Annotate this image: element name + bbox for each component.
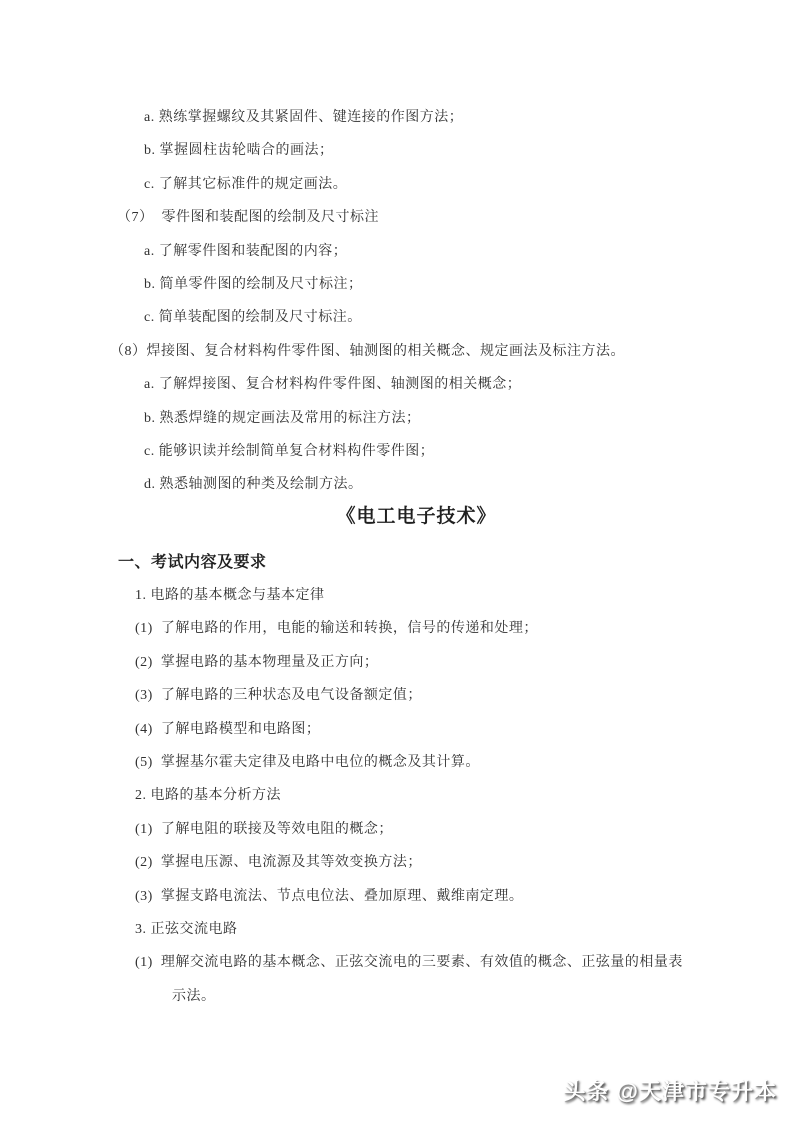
document-line: c. 简单装配图的绘制及尺寸标注。 bbox=[0, 301, 793, 334]
document-line: (5) 掌握基尔霍夫定律及电路中电位的概念及其计算。 bbox=[0, 746, 793, 779]
document-line: 1. 电路的基本概念与基本定律 bbox=[0, 579, 793, 612]
document-line: （8）焊接图、复合材料构件零件图、轴测图的相关概念、规定画法及标注方法。 bbox=[0, 335, 793, 368]
document-line: b. 掌握圆柱齿轮啮合的画法； bbox=[0, 134, 793, 167]
document-line: (4) 了解电路模型和电路图； bbox=[0, 713, 793, 746]
document-line: a. 了解零件图和装配图的内容； bbox=[0, 235, 793, 268]
document-content: a. 熟练掌握螺纹及其紧固件、键连接的作图方法；b. 掌握圆柱齿轮啮合的画法；c… bbox=[0, 101, 793, 1013]
document-line: (1) 了解电路的作用，电能的输送和转换，信号的传递和处理； bbox=[0, 612, 793, 645]
document-line: （7） 零件图和装配图的绘制及尺寸标注 bbox=[0, 201, 793, 234]
document-line: (3) 了解电路的三种状态及电气设备额定值； bbox=[0, 679, 793, 712]
document-line: a. 熟练掌握螺纹及其紧固件、键连接的作图方法； bbox=[0, 101, 793, 134]
watermark-toutiao: 头条 @天津市专升本 bbox=[563, 1078, 777, 1106]
document-line: 2. 电路的基本分析方法 bbox=[0, 779, 793, 812]
section-heading: 一、考试内容及要求 bbox=[0, 546, 793, 579]
document-line: (2) 掌握电压源、电流源及其等效变换方法； bbox=[0, 846, 793, 879]
document-line: 3. 正弦交流电路 bbox=[0, 913, 793, 946]
document-line: a. 了解焊接图、复合材料构件零件图、轴测图的相关概念； bbox=[0, 368, 793, 401]
document-line: (1) 理解交流电路的基本概念、正弦交流电的三要素、有效值的概念、正弦量的相量表 bbox=[0, 946, 793, 979]
document-line: c. 能够识读并绘制简单复合材料构件零件图； bbox=[0, 435, 793, 468]
document-line: (2) 掌握电路的基本物理量及正方向； bbox=[0, 646, 793, 679]
document-line: c. 了解其它标准件的规定画法。 bbox=[0, 168, 793, 201]
document-line: 示法。 bbox=[0, 980, 793, 1013]
document-line: d. 熟悉轴测图的种类及绘制方法。 bbox=[0, 468, 793, 501]
document-page: a. 熟练掌握螺纹及其紧固件、键连接的作图方法；b. 掌握圆柱齿轮啮合的画法；c… bbox=[0, 0, 793, 1121]
doc-title: 《电工电子技术》 bbox=[0, 502, 793, 546]
document-line: (1) 了解电阻的联接及等效电阻的概念； bbox=[0, 813, 793, 846]
document-line: (3) 掌握支路电流法、节点电位法、叠加原理、戴维南定理。 bbox=[0, 880, 793, 913]
document-line: b. 简单零件图的绘制及尺寸标注； bbox=[0, 268, 793, 301]
document-line: b. 熟悉焊缝的规定画法及常用的标注方法； bbox=[0, 402, 793, 435]
